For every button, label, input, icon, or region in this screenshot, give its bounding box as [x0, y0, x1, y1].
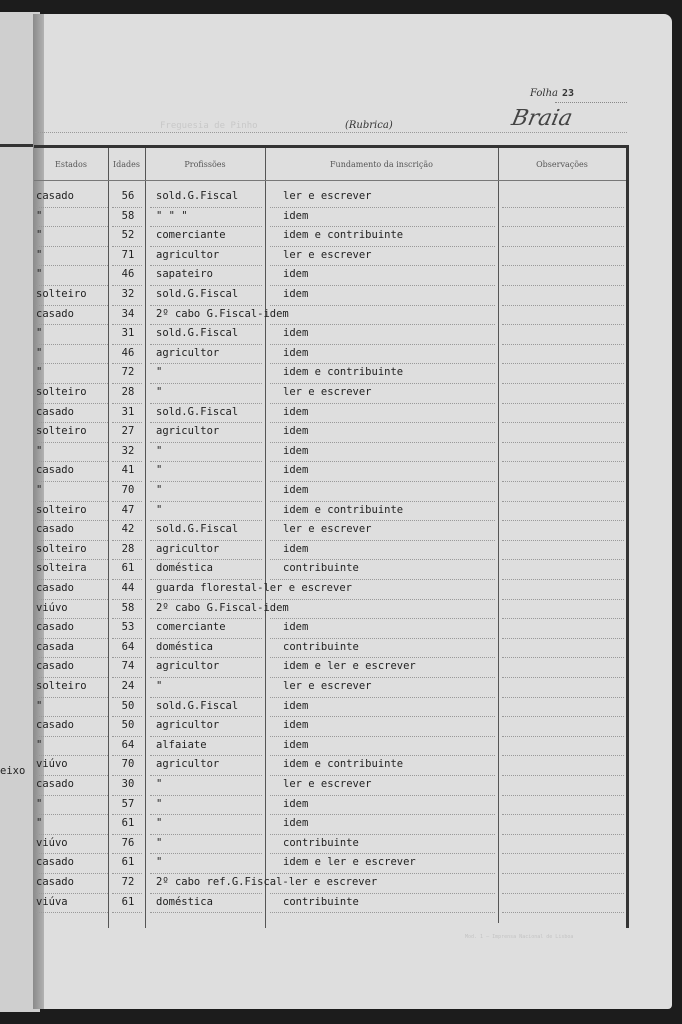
estado-cell: casada: [36, 641, 74, 653]
estado-cell: ": [36, 327, 42, 339]
idade-cell: 32: [118, 445, 138, 457]
idade-cell: 56: [118, 190, 138, 202]
estado-cell: solteiro: [36, 543, 87, 555]
idade-cell: 31: [118, 327, 138, 339]
profissao-cell: agricultor: [156, 543, 219, 555]
idade-cell: 61: [118, 562, 138, 574]
table-row: "58" " "idem: [0, 208, 682, 228]
estado-cell: casado: [36, 719, 74, 731]
estado-cell: viúva: [36, 896, 68, 908]
idade-cell: 52: [118, 229, 138, 241]
fundamento-cell: ler e escrever: [283, 778, 372, 790]
estado-cell: solteira: [36, 562, 87, 574]
idade-cell: 30: [118, 778, 138, 790]
idade-cell: 50: [118, 719, 138, 731]
fundamento-cell: idem: [283, 484, 308, 496]
idade-cell: 27: [118, 425, 138, 437]
fundamento-cell: contribuinte: [283, 641, 359, 653]
profissao-cell: comerciante: [156, 621, 226, 633]
estado-cell: solteiro: [36, 386, 87, 398]
fundamento-cell: ler e escrever: [283, 680, 372, 692]
profissao-cell: agricultor: [156, 425, 219, 437]
profissao-cell: doméstica: [156, 896, 213, 908]
profissao-cell: sold.G.Fiscal: [156, 288, 238, 300]
table-row: "57"idem: [0, 796, 682, 816]
idade-cell: 72: [118, 366, 138, 378]
idade-cell: 34: [118, 308, 138, 320]
profissao-cell: agricultor: [156, 660, 219, 672]
table-row: "52comercianteidem e contribuinte: [0, 227, 682, 247]
table-row: casado41"idem: [0, 462, 682, 482]
idade-cell: 64: [118, 641, 138, 653]
profissao-cell: ": [156, 484, 162, 496]
fundamento-cell: idem e contribuinte: [283, 758, 403, 770]
table-row: solteiro32sold.G.Fiscalidem: [0, 286, 682, 306]
profissao-cell: ": [156, 778, 162, 790]
fundamento-cell: idem: [283, 347, 308, 359]
idade-cell: 46: [118, 347, 138, 359]
fundamento-cell: idem e ler e escrever: [283, 856, 416, 868]
signature: Braia: [509, 106, 574, 131]
table-row: "50sold.G.Fiscalidem: [0, 698, 682, 718]
estado-cell: ": [36, 210, 42, 222]
estado-cell: ": [36, 366, 42, 378]
row-rule: [36, 912, 108, 913]
table-row: "46sapateiroidem: [0, 266, 682, 286]
estado-cell: solteiro: [36, 425, 87, 437]
table-row: casado722º cabo ref.G.Fiscal-ler e escre…: [0, 874, 682, 894]
idade-cell: 31: [118, 406, 138, 418]
fundamento-cell: idem: [283, 817, 308, 829]
estado-cell: ": [36, 484, 42, 496]
fundamento-cell: idem e contribuinte: [283, 504, 403, 516]
estado-cell: solteiro: [36, 680, 87, 692]
estado-cell: viúvo: [36, 602, 68, 614]
table-row: casado50agricultoridem: [0, 717, 682, 737]
idade-cell: 70: [118, 758, 138, 770]
idade-cell: 32: [118, 288, 138, 300]
fundamento-cell: idem: [283, 798, 308, 810]
idade-cell: 74: [118, 660, 138, 672]
header-profissoes: Profissões: [145, 160, 265, 169]
faded-heading: Freguesia de Pinho: [160, 121, 258, 131]
fundamento-cell: idem e contribuinte: [283, 229, 403, 241]
header-idades: Idades: [108, 160, 145, 169]
folha-label: Folha23: [530, 88, 574, 99]
estado-cell: viúvo: [36, 837, 68, 849]
estado-cell: solteiro: [36, 288, 87, 300]
table-row: casado31sold.G.Fiscalidem: [0, 404, 682, 424]
table-row: casado61"idem e ler e escrever: [0, 854, 682, 874]
row-rule: [112, 912, 142, 913]
table-row: casado30"ler e escrever: [0, 776, 682, 796]
profissao-cell: ": [156, 856, 162, 868]
fundamento-cell: idem: [283, 739, 308, 751]
profissao-cell: ": [156, 817, 162, 829]
idade-cell: 61: [118, 896, 138, 908]
estado-cell: solteiro: [36, 504, 87, 516]
idade-cell: 64: [118, 739, 138, 751]
estado-cell: ": [36, 268, 42, 280]
idade-cell: 28: [118, 543, 138, 555]
estado-cell: ": [36, 739, 42, 751]
estado-cell: ": [36, 249, 42, 261]
profissao-cell: agricultor: [156, 758, 219, 770]
facing-page-fragment: eixo: [0, 765, 25, 777]
idade-cell: 42: [118, 523, 138, 535]
estado-cell: casado: [36, 856, 74, 868]
fundamento-cell: idem: [283, 425, 308, 437]
idade-cell: 76: [118, 837, 138, 849]
fundamento-cell: idem: [283, 464, 308, 476]
profissao-cell: doméstica: [156, 562, 213, 574]
estado-cell: casado: [36, 582, 74, 594]
table-row: solteiro24"ler e escrever: [0, 678, 682, 698]
profissao-cell: ": [156, 798, 162, 810]
idade-cell: 47: [118, 504, 138, 516]
profissao-cell: ": [156, 837, 162, 849]
table-row: casado74agricultoridem e ler e escrever: [0, 658, 682, 678]
table-row: solteiro27agricultoridem: [0, 423, 682, 443]
table-row: casado56sold.G.Fiscaller e escrever: [0, 188, 682, 208]
fundamento-cell: idem: [283, 327, 308, 339]
header-fundamento: Fundamento da inscrição: [265, 160, 498, 169]
row-rule: [502, 912, 624, 913]
idade-cell: 41: [118, 464, 138, 476]
estado-cell: casado: [36, 308, 74, 320]
estado-cell: casado: [36, 190, 74, 202]
row-rule: [270, 912, 495, 913]
fundamento-cell: ler e escrever: [283, 523, 372, 535]
fundamento-cell: ler e escrever: [283, 386, 372, 398]
idade-cell: 72: [118, 876, 138, 888]
idade-cell: 24: [118, 680, 138, 692]
table-row: solteiro28"ler e escrever: [0, 384, 682, 404]
folha-text: Folha: [530, 88, 558, 99]
idade-cell: 58: [118, 210, 138, 222]
fundamento-cell: idem: [283, 543, 308, 555]
estado-cell: ": [36, 445, 42, 457]
estado-cell: casado: [36, 778, 74, 790]
profissao-cell: sold.G.Fiscal: [156, 523, 238, 535]
profissao-cell: sold.G.Fiscal: [156, 700, 238, 712]
table-row: "46agricultoridem: [0, 345, 682, 365]
idade-cell: 61: [118, 856, 138, 868]
estado-cell: casado: [36, 464, 74, 476]
profissao-cell: guarda florestal-ler e escrever: [156, 582, 352, 594]
fundamento-cell: contribuinte: [283, 896, 359, 908]
idade-cell: 70: [118, 484, 138, 496]
profissao-cell: ": [156, 366, 162, 378]
estado-cell: ": [36, 798, 42, 810]
estado-cell: casado: [36, 406, 74, 418]
table-row: "64alfaiateidem: [0, 737, 682, 757]
idade-cell: 53: [118, 621, 138, 633]
table-row: solteiro28agricultoridem: [0, 541, 682, 561]
estado-cell: casado: [36, 876, 74, 888]
fundamento-cell: idem: [283, 621, 308, 633]
table-row: "72"idem e contribuinte: [0, 364, 682, 384]
idade-cell: 71: [118, 249, 138, 261]
table-row: "32"idem: [0, 443, 682, 463]
idade-cell: 28: [118, 386, 138, 398]
table-row: solteira61domésticacontribuinte: [0, 560, 682, 580]
table-row: "61"idem: [0, 815, 682, 835]
profissao-cell: agricultor: [156, 249, 219, 261]
fundamento-cell: idem: [283, 210, 308, 222]
footer-note: Mod. 1 — Imprensa Nacional de Lisboa: [465, 934, 573, 940]
fundamento-cell: contribuinte: [283, 837, 359, 849]
table-row: viúva61domésticacontribuinte: [0, 894, 682, 914]
rubrica-label: (Rubrica): [345, 120, 393, 131]
profissao-cell: agricultor: [156, 347, 219, 359]
profissao-cell: comerciante: [156, 229, 226, 241]
folha-line: [555, 102, 627, 103]
table-row: "31sold.G.Fiscalidem: [0, 325, 682, 345]
fundamento-cell: idem e ler e escrever: [283, 660, 416, 672]
fundamento-cell: idem: [283, 700, 308, 712]
profissao-cell: " " ": [156, 210, 188, 222]
table-row: viúvo76"contribuinte: [0, 835, 682, 855]
row-rule: [150, 912, 262, 913]
estado-cell: ": [36, 817, 42, 829]
table-row: casado42sold.G.Fiscaller e escrever: [0, 521, 682, 541]
estado-cell: casado: [36, 660, 74, 672]
fundamento-cell: idem: [283, 719, 308, 731]
profissao-cell: 2º cabo G.Fiscal-idem: [156, 602, 289, 614]
profissao-cell: ": [156, 464, 162, 476]
profissao-cell: ": [156, 386, 162, 398]
fundamento-cell: idem: [283, 445, 308, 457]
rubrica-line: [35, 132, 627, 133]
estado-cell: ": [36, 229, 42, 241]
fundamento-cell: idem e contribuinte: [283, 366, 403, 378]
table-row: solteiro47"idem e contribuinte: [0, 502, 682, 522]
profissao-cell: ": [156, 504, 162, 516]
idade-cell: 44: [118, 582, 138, 594]
header-observacoes: Observações: [498, 160, 626, 169]
table-row: viúvo70agricultoridem e contribuinte: [0, 756, 682, 776]
estado-cell: casado: [36, 621, 74, 633]
profissao-cell: sold.G.Fiscal: [156, 190, 238, 202]
idade-cell: 57: [118, 798, 138, 810]
estado-cell: viúvo: [36, 758, 68, 770]
fundamento-cell: ler e escrever: [283, 190, 372, 202]
idade-cell: 58: [118, 602, 138, 614]
table-row: viúvo582º cabo G.Fiscal-idem: [0, 600, 682, 620]
fundamento-cell: idem: [283, 268, 308, 280]
fundamento-cell: contribuinte: [283, 562, 359, 574]
estado-cell: casado: [36, 523, 74, 535]
profissao-cell: 2º cabo G.Fiscal-idem: [156, 308, 289, 320]
profissao-cell: ": [156, 680, 162, 692]
folha-number: 23: [562, 88, 574, 99]
fundamento-cell: idem: [283, 406, 308, 418]
header-estados: Estados: [34, 160, 108, 169]
profissao-cell: 2º cabo ref.G.Fiscal-ler e escrever: [156, 876, 377, 888]
fundamento-cell: idem: [283, 288, 308, 300]
table-row: "71agricultorler e escrever: [0, 247, 682, 267]
profissao-cell: sold.G.Fiscal: [156, 406, 238, 418]
idade-cell: 50: [118, 700, 138, 712]
table-row: casada64domésticacontribuinte: [0, 639, 682, 659]
profissao-cell: doméstica: [156, 641, 213, 653]
estado-cell: ": [36, 347, 42, 359]
table-row: casado342º cabo G.Fiscal-idem: [0, 306, 682, 326]
table-row: casado53comercianteidem: [0, 619, 682, 639]
profissao-cell: sold.G.Fiscal: [156, 327, 238, 339]
table-row: "70"idem: [0, 482, 682, 502]
table-row: casado44guarda florestal-ler e escrever: [0, 580, 682, 600]
header-rule: [34, 180, 626, 181]
idade-cell: 61: [118, 817, 138, 829]
profissao-cell: ": [156, 445, 162, 457]
profissao-cell: sapateiro: [156, 268, 213, 280]
fundamento-cell: ler e escrever: [283, 249, 372, 261]
estado-cell: ": [36, 700, 42, 712]
idade-cell: 46: [118, 268, 138, 280]
profissao-cell: alfaiate: [156, 739, 207, 751]
profissao-cell: agricultor: [156, 719, 219, 731]
